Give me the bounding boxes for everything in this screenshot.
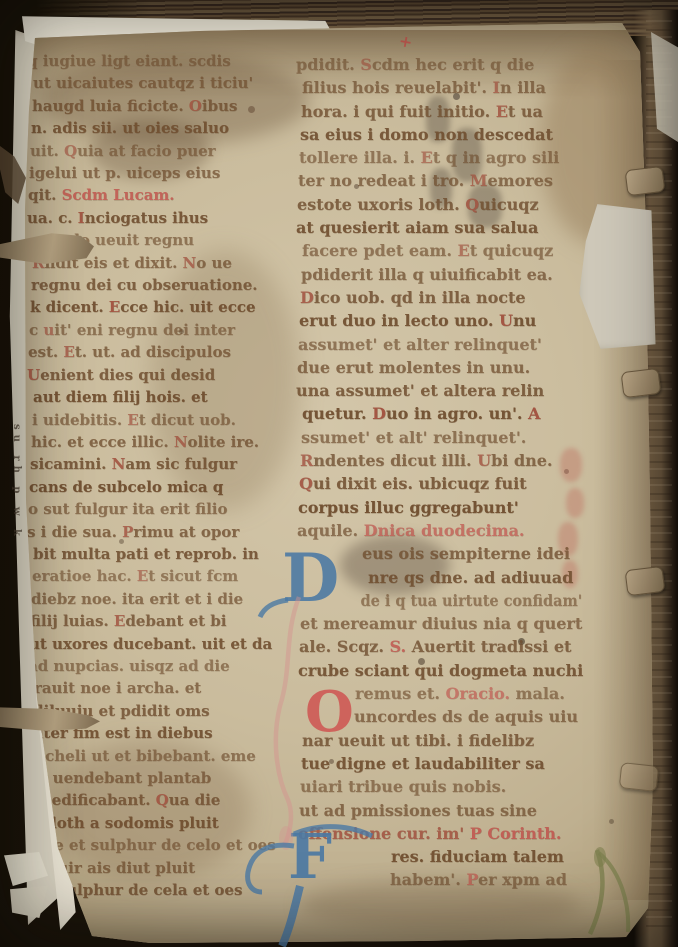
leather-fore-edge-tab	[625, 166, 666, 196]
text-run: debant et bi	[125, 612, 226, 630]
text-run: E	[114, 612, 125, 630]
text-run: uia at facio puer	[77, 142, 216, 160]
text-run: Oracio.	[445, 684, 510, 703]
text-run: crube sciant qui dogmeta nuchi	[298, 661, 583, 680]
text-run: Q	[64, 142, 77, 160]
text-run: igelui ut p. uiceps eius	[29, 164, 220, 182]
manuscript-line: una assumet' et altera relin	[296, 379, 584, 402]
text-run: Auertit tradissi et	[406, 637, 571, 656]
manuscript-photo: q iugiue ligt eiant. scdisut uicaiutes c…	[0, 0, 678, 947]
text-run: cans de subcelo mica q	[29, 478, 223, 496]
text-run: S.	[389, 637, 406, 656]
text-run: ale. Scqz.	[299, 637, 389, 656]
text-run: uiari tribue quis nobis.	[300, 777, 506, 796]
manuscript-line: aquile. Dnica duodecima.	[297, 519, 585, 542]
manuscript-line: ut uxores ducebant. uit et da	[29, 633, 291, 655]
text-run: N	[112, 455, 126, 473]
text-run: habem'.	[390, 870, 466, 889]
text-run: uit.	[30, 142, 64, 160]
text-run: er uendebant plantab	[30, 769, 211, 787]
text-run: o ue	[196, 254, 232, 272]
manuscript-line: ut ad pmissiones tuas sine	[299, 799, 587, 822]
manuscript-line: s i die sua. Primu at opor	[27, 521, 289, 543]
text-run: olite ire.	[188, 433, 259, 451]
parchment-page: q iugiue ligt eiant. scdisut uicaiutes c…	[0, 0, 678, 947]
manuscript-line: nar ueuit ut tibi. i fidelibz	[302, 729, 590, 752]
manuscript-line: tollere illa. i. Et q in agro sili	[299, 146, 587, 169]
text-run: nar ueuit ut tibi. i fidelibz	[302, 731, 534, 750]
text-run: facere pdet eam.	[302, 241, 457, 260]
text-run: uncordes ds de aquis uiu	[354, 707, 578, 726]
text-run: Q	[465, 195, 479, 214]
text-run: ad nupcias. uisqz ad die	[28, 657, 230, 675]
text-run: ut loth a sodomis pluit	[28, 814, 219, 832]
flyleaf-edge-inscription: su rh p w k	[11, 424, 22, 554]
manuscript-line: igne et sulphur de celo et oes	[27, 834, 289, 856]
text-run: remus et.	[355, 684, 445, 703]
manuscript-line: er uendebant plantab	[30, 767, 292, 789]
text-run: E	[127, 411, 138, 429]
text-run: n. adis sii. ut oies saluo	[31, 119, 229, 137]
text-run: S	[360, 55, 372, 74]
manuscript-line: q iugiue ligt eiant. scdis	[27, 50, 289, 72]
manuscript-line: estote uxoris loth. Quicuqz	[297, 193, 585, 216]
text-run: hora. i qui fuit initio.	[301, 102, 496, 121]
text-run: t quicuqz	[470, 241, 554, 260]
text-run: et mereamur diuius nia q quert	[300, 614, 582, 633]
text-run: nre qs dne. ad adiuuad	[368, 568, 573, 587]
text-run: u	[43, 321, 54, 339]
text-run: nciogatus ihus	[85, 209, 208, 227]
text-run: est.	[28, 343, 63, 361]
manuscript-line: pdiderit illa q uiuificabit ea.	[301, 263, 589, 286]
text-run: I	[493, 78, 500, 97]
manuscript-line: uncordes ds de aquis uiu	[296, 705, 584, 728]
manuscript-line: n. adis sii. ut oies saluo	[31, 117, 293, 139]
manuscript-line: trauit noe i archa. et	[27, 677, 289, 699]
manuscript-line: i uidebitis. Et dicut uob.	[32, 409, 294, 431]
text-run: hic. et ecce illic.	[31, 433, 174, 451]
manuscript-line: qit. Scdm Lucam.	[28, 184, 290, 206]
text-run: O	[189, 97, 202, 115]
text-run: I	[78, 209, 85, 227]
text-run: P	[122, 523, 133, 541]
text-run: uo in agro. un'.	[386, 404, 528, 423]
text-run: tue digne et laudabiliter sa	[301, 754, 545, 773]
manuscript-line: quetur. Duo in agro. un'. A	[302, 402, 590, 425]
manuscript-line: res. fiduciam talem	[297, 845, 585, 868]
manuscript-line: est. Et. ut. ad discipulos	[28, 341, 290, 363]
text-run: q iugiue ligt eiant. scdis	[27, 52, 231, 70]
manuscript-line: habem'. Per xpm ad	[296, 868, 584, 891]
text-run: E	[421, 148, 433, 167]
manuscript-line: k dicent. Ecce hic. uit ecce	[30, 296, 292, 318]
text-run: D	[372, 404, 386, 423]
manuscript-line: offensione cur. im' P Corinth.	[298, 822, 586, 845]
manuscript-line: haugd luia ficicte. Oibus	[32, 95, 294, 117]
text-run: s i die sua.	[27, 523, 122, 541]
text-run: cce hic. uit ecce	[120, 298, 255, 316]
manuscript-line: Rndentes dicut illi. Ubi dne.	[300, 449, 588, 472]
text-run: qit.	[28, 186, 62, 204]
text-run: tollere illa. i.	[299, 148, 421, 167]
text-run: sicheli ut et bibebant. eme	[31, 747, 256, 765]
text-run: U	[499, 311, 513, 330]
text-run: E	[457, 241, 469, 260]
text-run: enient dies qui desid	[40, 366, 215, 384]
text-run: mala.	[510, 684, 565, 703]
text-column-right: pdidit. Scdm hec erit q diefilius hois r…	[299, 53, 587, 892]
manuscript-line: filij luias. Edebant et bi	[30, 610, 292, 632]
manuscript-line: sicheli ut et bibebant. eme	[31, 745, 293, 767]
text-run: N	[183, 254, 197, 272]
text-run: ssumet' et alt' relinquet'.	[301, 428, 526, 447]
manuscript-line: uit. Quia at facio puer	[30, 140, 292, 162]
text-run: de i q tua uirtute confidam'	[361, 591, 583, 610]
manuscript-line: Dico uob. qd in illa nocte	[300, 286, 588, 309]
text-run: Dnica duodecima.	[364, 521, 525, 540]
manuscript-line: ter no redeat i tro. Memores	[298, 169, 586, 192]
leather-fore-edge-tab	[619, 762, 660, 792]
manuscript-line: uiari tribue quis nobis.	[300, 775, 588, 798]
text-run: o sut fulgur ita erit filio	[28, 500, 227, 518]
text-run: R	[300, 451, 313, 470]
leather-fore-edge-tab	[621, 368, 662, 398]
text-run: rimu at opor	[133, 523, 239, 541]
text-run: ndentes dicut illi.	[313, 451, 477, 470]
text-run: t sicut fcm	[148, 567, 238, 585]
manuscript-line: diebz noe. ita erit et i die	[31, 588, 293, 610]
text-run: Scdm Lucam.	[62, 186, 175, 204]
manuscript-line: er edificabant. Qua die	[29, 789, 291, 811]
text-run: sicamini.	[30, 455, 112, 473]
manuscript-line: et mereamur diuius nia q quert	[300, 612, 588, 635]
text-run: am sic fulgur	[125, 455, 237, 473]
manuscript-line: c uit' eni regnu dei inter	[29, 319, 291, 341]
text-run: U	[477, 451, 491, 470]
text-run: t ua	[508, 102, 543, 121]
manuscript-line: nre qs dne. ad adiuuad	[302, 566, 590, 589]
text-run: er xpm ad	[478, 870, 567, 889]
text-run: P Corinth.	[470, 824, 562, 843]
manuscript-line: cans de subcelo mica q	[29, 476, 291, 498]
text-run: E	[137, 567, 148, 585]
manuscript-line: filius hois reuelabit'. In illa	[302, 76, 590, 99]
leather-fore-edge-tab	[625, 566, 666, 596]
text-run: ut ad pmissiones tuas sine	[299, 801, 537, 820]
text-run: nu	[513, 311, 536, 330]
text-run: i uidebitis.	[32, 411, 127, 429]
text-run: una assumet' et altera relin	[296, 381, 544, 400]
text-run: E	[63, 343, 74, 361]
manuscript-line: bit multa pati et reprob. in	[33, 543, 295, 565]
text-run: ico uob. qd in illa nocte	[314, 288, 526, 307]
manuscript-line: hora. i qui fuit initio. Et ua	[301, 100, 589, 123]
text-run: bit multa pati et reprob. in	[33, 545, 259, 563]
manuscript-line: ssumet' et alt' relinquet'.	[301, 426, 589, 449]
manuscript-line: sa eius i domo non descedat	[300, 123, 588, 146]
text-run: ua. c.	[27, 209, 78, 227]
manuscript-line: aut diem filij hois. et	[33, 386, 295, 408]
text-run: emores	[487, 171, 552, 190]
text-run: filius hois reuelabit'.	[302, 78, 493, 97]
text-run: corpus illuc ggregabunt'	[298, 498, 519, 517]
manuscript-line: tue digne et laudabiliter sa	[301, 752, 589, 775]
text-run: bi dne.	[491, 451, 552, 470]
manuscript-line: ut loth a sodomis pluit	[28, 812, 290, 834]
text-run: ut uxores ducebant. uit et da	[29, 635, 272, 653]
manuscript-line: ad nupcias. uisqz ad die	[28, 655, 290, 677]
text-run: P	[466, 870, 478, 889]
manuscript-line: ut uicaiutes cautqz i ticiu'	[33, 72, 295, 94]
text-run: D	[300, 288, 314, 307]
text-run: Q	[299, 474, 313, 493]
manuscript-line: Uenient dies qui desid	[27, 364, 289, 386]
text-run: uicuqz	[479, 195, 538, 214]
manuscript-line: at quesierit aiam sua salua	[296, 216, 584, 239]
text-run: N	[174, 433, 188, 451]
text-run: diebz noe. ita erit et i die	[31, 590, 243, 608]
text-run: U	[27, 366, 40, 384]
manuscript-line: facere pdet eam. Et quicuqz	[302, 239, 590, 262]
text-run: aquile.	[297, 521, 364, 540]
text-run: igne et sulphur de celo et oes	[27, 836, 276, 854]
manuscript-line: crube sciant qui dogmeta nuchi	[298, 659, 586, 682]
speckles	[0, 0, 3, 3]
text-run: t. ut. ad discipulos	[75, 343, 231, 361]
text-run: it' eni regnu dei inter	[54, 321, 235, 339]
text-run: trauit noe i archa. et	[27, 679, 201, 697]
manuscript-line: corpus illuc ggregabunt'	[298, 496, 586, 519]
manuscript-line: eus ois sempiterne idei	[296, 542, 584, 565]
text-run: eus ois sempiterne idei	[362, 544, 570, 563]
text-run: ui dixit eis. ubicuqz fuit	[313, 474, 527, 493]
manuscript-line: remus et. Oracio. mala.	[297, 682, 585, 705]
manuscript-line: eratioe hac. Et sicut fcm	[32, 565, 294, 587]
text-run: c	[29, 321, 43, 339]
text-column-left: q iugiue ligt eiant. scdisut uicaiutes c…	[30, 50, 292, 901]
text-run: eratioe hac.	[32, 567, 137, 585]
text-run: at quesierit aiam sua salua	[296, 218, 538, 237]
text-run: cdm hec erit q die	[372, 55, 534, 74]
text-run: sa eius i domo non descedat	[300, 125, 553, 144]
manuscript-line: ua. c. Inciogatus ihus	[27, 207, 289, 229]
manuscript-line: due erut molentes in unu.	[297, 356, 585, 379]
text-run: due erut molentes in unu.	[297, 358, 530, 377]
manuscript-line: igelui ut p. uiceps eius	[29, 162, 291, 184]
text-run: filij luias.	[30, 612, 114, 630]
text-run: A	[528, 404, 540, 423]
text-run: E	[109, 298, 120, 316]
text-run: ut uicaiutes cautqz i ticiu'	[33, 74, 253, 92]
text-run: pdiderit illa q uiuificabit ea.	[301, 265, 553, 284]
text-run: E	[496, 102, 508, 121]
text-run: Q	[156, 791, 169, 809]
manuscript-line: assumet' et alter relinquet'	[298, 333, 586, 356]
red-cross-mark: +	[397, 31, 414, 52]
text-run: aut diem filij hois. et	[33, 388, 208, 406]
manuscript-line: o sut fulgur ita erit filio	[28, 498, 290, 520]
text-run: haugd luia ficicte.	[32, 97, 189, 115]
manuscript-line: sicamini. Nam sic fulgur	[30, 453, 292, 475]
manuscript-line: de i q tua uirtute confidam'	[301, 589, 561, 612]
text-run: offensione cur. im'	[298, 824, 470, 843]
text-run: n illa	[500, 78, 546, 97]
text-run: erut duo in lecto uno.	[299, 311, 499, 330]
text-run: t dicut uob.	[139, 411, 236, 429]
text-run: res. fiduciam talem	[391, 847, 564, 866]
manuscript-line: regnu dei cu obseruatione.	[31, 274, 293, 296]
text-run: k dicent.	[30, 298, 109, 316]
text-run: estote uxoris loth.	[297, 195, 465, 214]
manuscript-line: Qui dixit eis. ubicuqz fuit	[299, 472, 587, 495]
text-run: regnu dei cu obseruatione.	[31, 276, 258, 294]
manuscript-line: pdidit. Scdm hec erit q die	[296, 53, 584, 76]
manuscript-line: erut duo in lecto uno. Unu	[299, 309, 587, 332]
text-run: assumet' et alter relinquet'	[298, 335, 542, 354]
manuscript-line: hic. et ecce illic. Nolite ire.	[31, 431, 293, 453]
text-run: ua die	[169, 791, 221, 809]
text-run: quetur.	[302, 404, 372, 423]
text-run: ibus	[202, 97, 238, 115]
text-run: t q in agro sili	[433, 148, 559, 167]
text-run: ter no redeat i tro.	[298, 171, 470, 190]
manuscript-line: ale. Scqz. S. Auertit tradissi et	[299, 635, 587, 658]
text-run: M	[470, 171, 488, 190]
manuscript-line: qz uir ais diut pluit	[33, 857, 295, 879]
text-run: pdidit.	[296, 55, 360, 74]
